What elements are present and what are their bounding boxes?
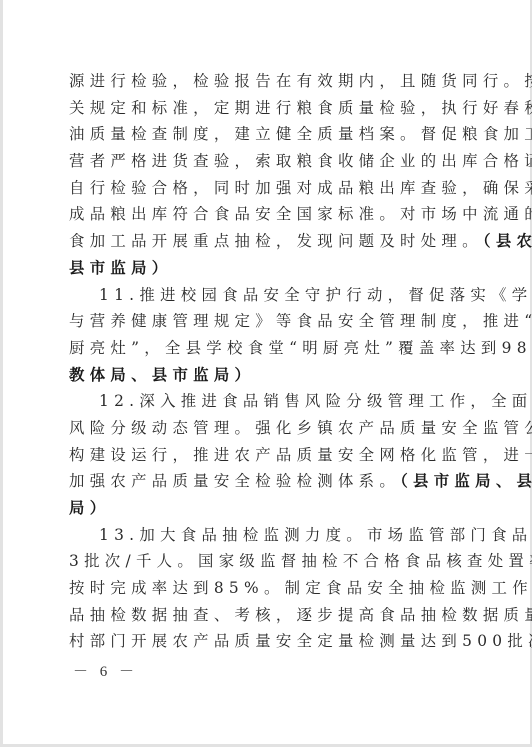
line-text: 村部门开展农产品质量安全定量检测量达到500批次。食用农	[69, 632, 532, 650]
line-text: 12.深入推进食品销售风险分级管理工作，全面实现销售者	[99, 392, 532, 410]
text-line: 县市监局）	[69, 255, 459, 282]
body-text: 源进行检验，检验报告在有效期内，且随货同行。按照国家有 关规定和标准，定期进行粮…	[69, 68, 459, 655]
text-line: 食加工品开展重点抽检，发现问题及时处理。（县农业农村局、	[69, 228, 459, 255]
line-text: 厨亮灶”，全县学校食堂“明厨亮灶”覆盖率达到98%以上。	[69, 339, 532, 357]
item-12-heading: 12.深入推进食品销售风险分级管理工作，全面实现销售者	[69, 388, 459, 415]
text-line: 关规定和标准，定期进行粮食质量检验，执行好春秋季库存粮	[69, 95, 459, 122]
text-line: 品抽检数据抽查、考核，逐步提高食品抽检数据质量。农业农	[69, 602, 459, 629]
responsible-agency: （县市监局、县农业农村	[400, 472, 532, 490]
item-13-heading: 13.加大食品抽检监测力度。市场监管部门食品检验量达到	[69, 522, 459, 549]
text-line: 油质量检查制度，建立健全质量档案。督促粮食加工品生产经	[69, 121, 459, 148]
document-page: 源进行检验，检验报告在有效期内，且随货同行。按照国家有 关规定和标准，定期进行粮…	[3, 0, 530, 744]
text-line: 风险分级动态管理。强化乡镇农产品质量安全监管公共服务机	[69, 415, 459, 442]
text-line: 源进行检验，检验报告在有效期内，且随货同行。按照国家有	[69, 68, 459, 95]
line-text: 加强农产品质量安全检验检测体系。	[69, 472, 400, 490]
responsible-agency: （县农业农村局、	[483, 232, 532, 250]
line-text: 关规定和标准，定期进行粮食质量检验，执行好春秋季库存粮	[69, 99, 532, 117]
text-line: 成品粮出库符合食品安全国家标准。对市场中流通的大米及粮	[69, 201, 459, 228]
line-text: 与营养健康管理规定》等食品安全管理制度，推进“互联网+明	[69, 312, 532, 330]
text-line: 厨亮灶”，全县学校食堂“明厨亮灶”覆盖率达到98%以上。（县	[69, 335, 459, 362]
text-line: 营者严格进货查验，索取粮食收储企业的出库合格证明文件或	[69, 148, 459, 175]
text-line: 局）	[69, 495, 459, 522]
text-line: 3批次/千人。国家级监督抽检不合格食品核查处置率达到100%，	[69, 548, 459, 575]
text-line: 自行检验合格，同时加强对成品粮出库查验，确保采购原料和	[69, 175, 459, 202]
line-text: 13.加大食品抽检监测力度。市场监管部门食品检验量达到	[99, 526, 532, 544]
text-line: 村部门开展农产品质量安全定量检测量达到500批次。食用农	[69, 628, 459, 655]
line-text: 源进行检验，检验报告在有效期内，且随货同行。按照国家有	[69, 72, 532, 90]
line-text: 食加工品开展重点抽检，发现问题及时处理。	[69, 232, 483, 250]
line-text: 油质量检查制度，建立健全质量档案。督促粮食加工品生产经	[69, 125, 532, 143]
text-line: 加强农产品质量安全检验检测体系。（县市监局、县农业农村	[69, 468, 459, 495]
item-11-heading: 11.推进校园食品安全守护行动，督促落实《学校食品安全	[69, 282, 459, 309]
text-line: 与营养健康管理规定》等食品安全管理制度，推进“互联网+明	[69, 308, 459, 335]
text-line: 按时完成率达到85%。制定食品安全抽检监测工作方案，开展食	[69, 575, 459, 602]
responsible-agency: 教体局、县市监局）	[69, 366, 255, 384]
line-text: 成品粮出库符合食品安全国家标准。对市场中流通的大米及粮	[69, 205, 532, 223]
line-text: 营者严格进货查验，索取粮食收储企业的出库合格证明文件或	[69, 152, 532, 170]
line-text: 自行检验合格，同时加强对成品粮出库查验，确保采购原料和	[69, 179, 532, 197]
line-text: 风险分级动态管理。强化乡镇农产品质量安全监管公共服务机	[69, 419, 532, 437]
line-text: 按时完成率达到85%。制定食品安全抽检监测工作方案，开展食	[69, 579, 532, 597]
text-line: 教体局、县市监局）	[69, 362, 459, 389]
line-text: 品抽检数据抽查、考核，逐步提高食品抽检数据质量。农业农	[69, 606, 532, 624]
page-number: － 6 －	[73, 660, 138, 681]
responsible-agency: 局）	[69, 499, 110, 517]
text-line: 构建设运行，推进农产品质量安全网格化监管，进一步稳定和	[69, 442, 459, 469]
responsible-agency: 县市监局）	[69, 259, 172, 277]
line-text: 构建设运行，推进农产品质量安全网格化监管，进一步稳定和	[69, 446, 532, 464]
line-text: 11.推进校园食品安全守护行动，督促落实《学校食品安全	[99, 286, 532, 304]
line-text: 3批次/千人。国家级监督抽检不合格食品核查处置率达到100%，	[69, 552, 532, 570]
